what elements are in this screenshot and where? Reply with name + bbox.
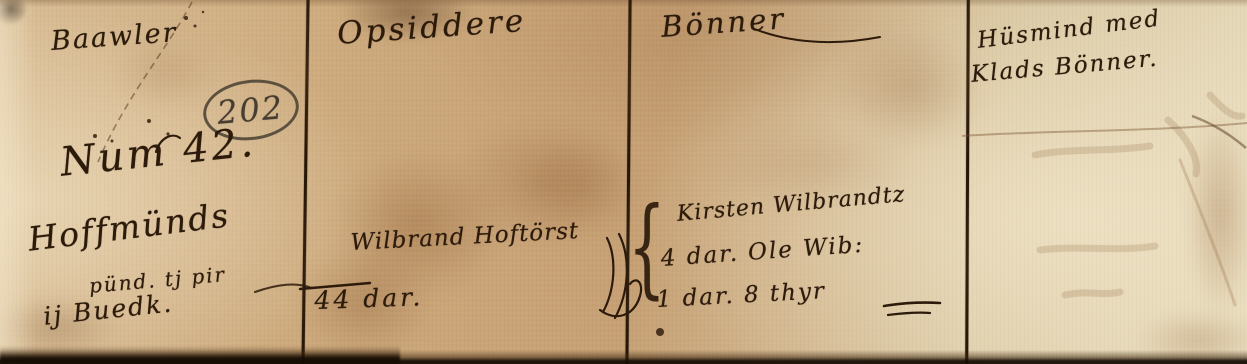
column3-line: 4 dar. Ole Wib: (660, 232, 865, 272)
paper-edge-shadow (0, 0, 1247, 7)
manuscript-page: Baawler 202 Num 42. Hoffmünds pünd. tj p… (0, 0, 1247, 364)
sum-dash (884, 303, 940, 306)
column3-line: 1 dar. 8 thyr (656, 278, 827, 313)
bleed-through-stroke (1180, 160, 1235, 305)
column1-header: Baawler (50, 17, 179, 57)
bottom-edge-shadow (0, 346, 400, 364)
sum-dash (888, 313, 930, 315)
flourish-tail (255, 285, 312, 292)
column-divider (965, 0, 970, 364)
column1-line: Hoffmünds (26, 195, 232, 258)
column4-header-line2: Klads Bönner. (970, 46, 1159, 88)
dark-corner (0, 0, 28, 26)
column-divider (301, 0, 309, 364)
column2-line: 44 dar. (314, 282, 424, 315)
paper-stain (835, 25, 985, 150)
column3-line: Kirsten Wilbrandtz (676, 182, 906, 227)
column3-header: Bönner (660, 1, 787, 44)
entry-number: Num 42. (58, 120, 258, 186)
column1-line: ij Buedk. (42, 288, 174, 330)
bleed-through-smudge (1035, 95, 1242, 295)
paper-stain (1135, 310, 1247, 364)
paper-stain (1185, 110, 1247, 320)
crease-line (962, 123, 1247, 136)
crease-line (1192, 116, 1246, 148)
bottom-edge-shadow (0, 350, 1247, 364)
column2-header: Opsiddere (336, 3, 527, 52)
paper-edge-highlight (0, 0, 36, 364)
column2-line: Wilbrand Hoftörst (350, 218, 580, 256)
